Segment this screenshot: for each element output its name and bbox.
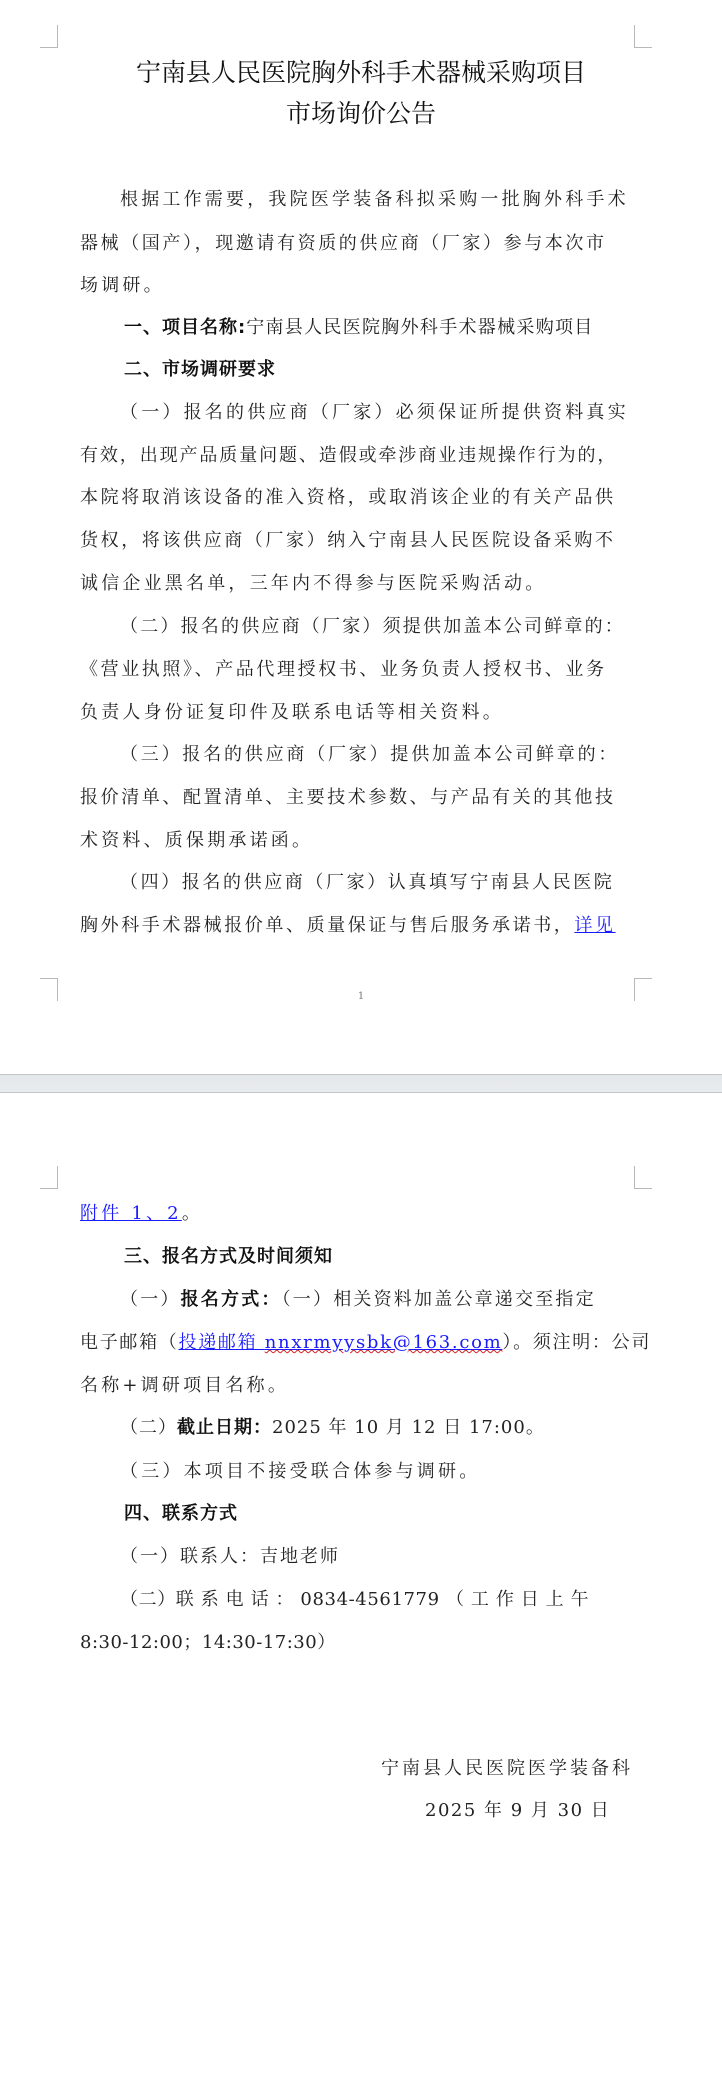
margin-corner-mark (40, 1166, 58, 1189)
paragraph-line: （三）报名的供应商（厂家）提供加盖本公司鲜章的： (120, 743, 638, 767)
deadline-line: （二）截止日期：2025 年 10 月 12 日 17:00。 (120, 1416, 638, 1440)
attachments-link[interactable]: 详见 (574, 915, 615, 936)
margin-corner-mark (634, 1166, 652, 1189)
paragraph-text: 胸外科手术器械报价单、质量保证与售后服务承诺书， (80, 915, 574, 936)
page-number: 1 (0, 991, 722, 1002)
registration-method-line: （一）报名方式：（一）相关资料加盖公章递交至指定 (120, 1288, 638, 1312)
margin-corner-mark (40, 25, 58, 48)
paragraph-line: 有效，出现产品质量问题、造假或牵涉商业违规操作行为的， (80, 444, 638, 468)
document-subtitle: 市场询价公告 (0, 94, 722, 130)
registration-method-label: 报名方式： (181, 1289, 282, 1310)
paragraph-line: 本院将取消该设备的准入资格，或取消该企业的有关产品供 (80, 486, 638, 510)
document-title: 宁南县人民医院胸外科手术器械采购项目 (0, 53, 722, 89)
deadline-label: 截止日期： (177, 1417, 272, 1438)
paragraph-line: 附件 1、2。 (80, 1202, 638, 1226)
document-page-2: 附件 1、2。 三、报名方式及时间须知 （一）报名方式：（一）相关资料加盖公章递… (0, 1093, 722, 2084)
section-project-name: 一、项目名称:宁南县人民医院胸外科手术器械采购项目 (124, 316, 638, 340)
project-name-value: 宁南县人民医院胸外科手术器械采购项目 (246, 317, 593, 338)
signature-date: 2025 年 9 月 30 日 (425, 1796, 610, 1822)
paragraph-text: （一）相关资料加盖公章递交至指定 (282, 1289, 596, 1310)
intro-line: 场调研。 (80, 274, 638, 298)
item-prefix: （一） (120, 1289, 181, 1310)
intro-line: 根据工作需要，我院医学装备科拟采购一批胸外科手术 (120, 188, 638, 212)
section-heading: 三、报名方式及时间须知 (124, 1245, 638, 1269)
page-break-gap (0, 1074, 722, 1093)
intro-line: 器械（国产），现邀请有资质的供应商（厂家）参与本次市 (80, 232, 638, 256)
paragraph-line: （四）报名的供应商（厂家）认真填写宁南县人民医院 (120, 871, 638, 895)
attachments-link[interactable]: 附件 1、2 (80, 1203, 182, 1224)
paragraph-line: 名称+调研项目名称。 (80, 1374, 638, 1398)
email-address: nnxrmyysbk@163.com (265, 1332, 503, 1353)
paragraph-line: 负责人身份证复印件及联系电话等相关资料。 (80, 701, 638, 725)
margin-corner-mark (634, 25, 652, 48)
signature-department: 宁南县人民医院医学装备科 (381, 1754, 633, 1780)
contact-hours: 8:30-12:00；14:30-17:30） (80, 1631, 638, 1655)
paragraph-line: （三）本项目不接受联合体参与调研。 (120, 1460, 638, 1484)
email-link[interactable]: 投递邮箱 nnxrmyysbk@163.com (179, 1332, 503, 1353)
paragraph-line: 胸外科手术器械报价单、质量保证与售后服务承诺书，详见 (80, 914, 638, 938)
paragraph-line: （二）报名的供应商（厂家）须提供加盖本公司鲜章的： (120, 615, 638, 639)
paragraph-line: 货权，将该供应商（厂家）纳入宁南县人民医院设备采购不 (80, 529, 638, 553)
paragraph-line: 报价清单、配置清单、主要技术参数、与产品有关的其他技 (80, 786, 638, 810)
section-heading: 二、市场调研要求 (124, 358, 638, 382)
section-heading: 一、项目名称: (124, 317, 246, 338)
document-page-1: 宁南县人民医院胸外科手术器械采购项目 市场询价公告 根据工作需要，我院医学装备科… (0, 0, 722, 1074)
contact-person: （一）联系人：吉地老师 (120, 1545, 638, 1569)
paragraph-text: 电子邮箱（ (80, 1332, 179, 1353)
paragraph-text: 。 (182, 1203, 203, 1224)
deadline-value: 2025 年 10 月 12 日 17:00。 (272, 1417, 545, 1438)
paragraph-line: 《营业执照》、产品代理授权书、业务负责人授权书、业务 (80, 658, 638, 682)
section-heading: 四、联系方式 (124, 1502, 638, 1526)
email-label: 投递邮箱 (179, 1332, 265, 1353)
item-prefix: （二） (120, 1417, 177, 1438)
paragraph-line: 术资料、质保期承诺函。 (80, 829, 638, 853)
paragraph-text: ）。须注明：公司 (502, 1332, 651, 1353)
paragraph-line: 电子邮箱（投递邮箱 nnxrmyysbk@163.com）。须注明：公司 (80, 1331, 638, 1355)
contact-phone: （二）联 系 电 话 ： 0834-4561779 （ 工 作 日 上 午 (120, 1588, 638, 1612)
paragraph-line: 诚信企业黑名单，三年内不得参与医院采购活动。 (80, 572, 638, 596)
paragraph-line: （一）报名的供应商（厂家）必须保证所提供资料真实 (120, 401, 638, 425)
